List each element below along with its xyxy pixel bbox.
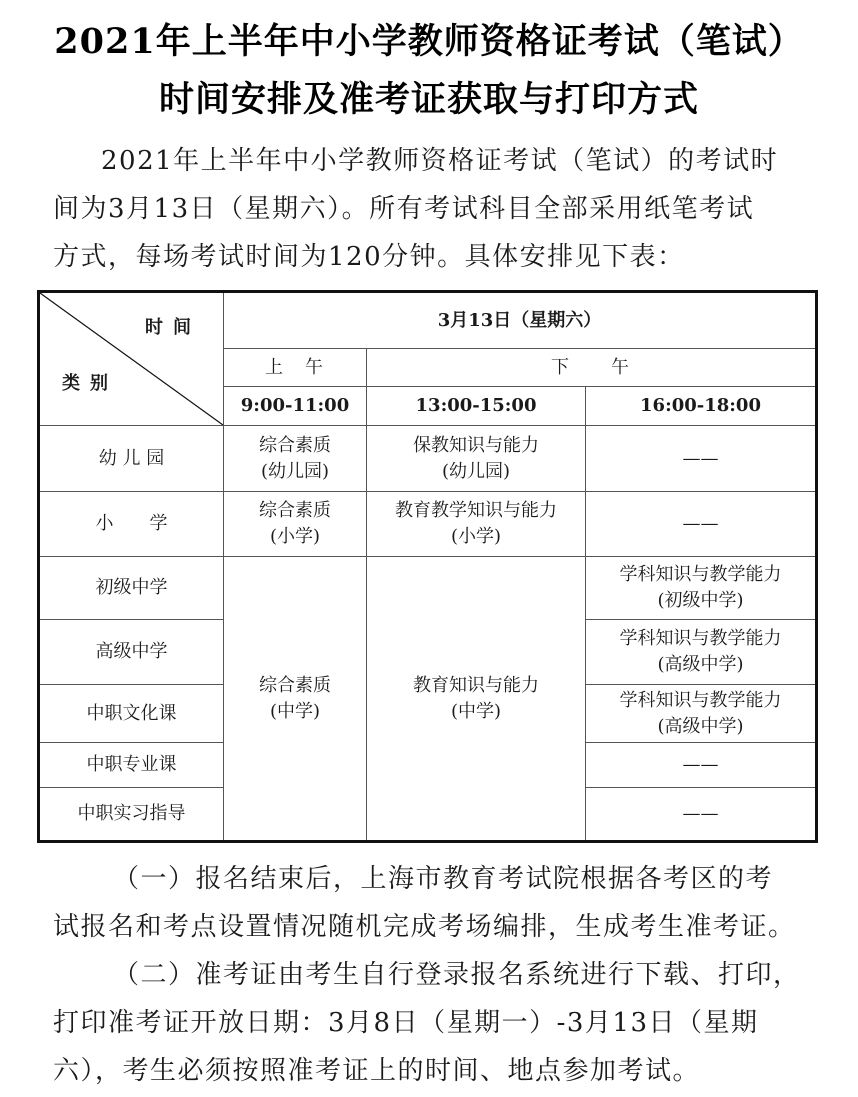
corner-header-cell: 时间 类别 [39, 292, 224, 426]
subject-cell: 教育教学知识与能力(小学) [367, 492, 586, 557]
subject-name: 学科知识与教学能力 [586, 626, 815, 652]
subject-level: (小学) [367, 524, 585, 550]
subject-cell: 学科知识与教学能力(初级中学) [586, 557, 817, 620]
subject-cell-merged: 教育知识与能力(中学) [367, 557, 586, 842]
page-title-line-2: 时间安排及准考证获取与打印方式 [0, 72, 858, 122]
afternoon-header: 下 午 [367, 349, 817, 387]
subject-name: 综合素质 [224, 433, 366, 459]
subject-cell-merged: 综合素质(中学) [224, 557, 367, 842]
category-cell: 幼 儿 园 [39, 426, 224, 492]
subject-cell: 学科知识与教学能力(高级中学) [586, 685, 817, 743]
note-1: （一）报名结束后，上海市教育考试院根据各考区的考 试报名和考点设置情况随机完成考… [53, 858, 813, 948]
note-1-line-2: 试报名和考点设置情况随机完成考场编排，生成考生准考证。 [53, 906, 813, 948]
table-row: 幼 儿 园 综合素质(幼儿园) 保教知识与能力(幼儿园) —— [39, 426, 817, 492]
category-cell: 高级中学 [39, 620, 224, 685]
slot-3-header: 16:00-18:00 [586, 387, 817, 426]
intro-line-2: 间为3月13日（星期六）。所有考试科目全部采用纸笔考试 [53, 188, 813, 230]
note-2: （二）准考证由考生自行登录报名系统进行下载、打印， 打印准考证开放日期：3月8日… [53, 954, 813, 1092]
intro-line-1: 2021年上半年中小学教师资格证考试（笔试）的考试时 [53, 140, 813, 182]
subject-cell: —— [586, 788, 817, 842]
table-row: 小 学 综合素质(小学) 教育教学知识与能力(小学) —— [39, 492, 817, 557]
corner-category-label: 类别 [62, 371, 118, 397]
subject-name: 学科知识与教学能力 [586, 688, 815, 714]
subject-cell: 保教知识与能力(幼儿园) [367, 426, 586, 492]
note-1-line-1: （一）报名结束后，上海市教育考试院根据各考区的考 [53, 858, 813, 900]
slot-1-header: 9:00-11:00 [224, 387, 367, 426]
subject-level: (小学) [224, 524, 366, 550]
note-2-line-1: （二）准考证由考生自行登录报名系统进行下载、打印， [53, 954, 813, 996]
exam-schedule-table: 时间 类别 3月13日（星期六） 上 午 下 午 9:00-11:00 13:0… [37, 290, 818, 843]
header-row-date: 时间 类别 3月13日（星期六） [39, 292, 817, 349]
note-2-line-3: 六），考生必须按照准考证上的时间、地点参加考试。 [53, 1050, 813, 1092]
category-cell: 小 学 [39, 492, 224, 557]
category-cell: 中职实习指导 [39, 788, 224, 842]
subject-cell: 综合素质(幼儿园) [224, 426, 367, 492]
subject-level: (幼儿园) [224, 459, 366, 485]
category-cell: 中职专业课 [39, 743, 224, 788]
subject-cell: —— [586, 426, 817, 492]
subject-cell: —— [586, 492, 817, 557]
subject-level: (初级中学) [586, 588, 815, 614]
subject-level: (中学) [367, 699, 585, 725]
subject-name: 教育知识与能力 [367, 673, 585, 699]
subject-level: (高级中学) [586, 652, 815, 678]
intro-paragraph: 2021年上半年中小学教师资格证考试（笔试）的考试时 间为3月13日（星期六）。… [53, 140, 813, 278]
subject-name: 综合素质 [224, 498, 366, 524]
subject-name: 学科知识与教学能力 [586, 562, 815, 588]
intro-line-3: 方式，每场考试时间为120分钟。具体安排见下表： [53, 236, 813, 278]
page-title-line-1: 2021年上半年中小学教师资格证考试（笔试） [0, 14, 858, 64]
corner-time-label: 时间 [145, 315, 201, 341]
subject-cell: 综合素质(小学) [224, 492, 367, 557]
subject-cell: 学科知识与教学能力(高级中学) [586, 620, 817, 685]
subject-cell: —— [586, 743, 817, 788]
subject-name: 教育教学知识与能力 [367, 498, 585, 524]
diagonal-divider [40, 293, 223, 425]
subject-name: 综合素质 [224, 673, 366, 699]
subject-level: (中学) [224, 699, 366, 725]
date-header: 3月13日（星期六） [224, 292, 817, 349]
morning-header: 上 午 [224, 349, 367, 387]
slot-2-header: 13:00-15:00 [367, 387, 586, 426]
note-2-line-2: 打印准考证开放日期：3月8日（星期一）-3月13日（星期 [53, 1002, 813, 1044]
table-row: 初级中学 综合素质(中学) 教育知识与能力(中学) 学科知识与教学能力(初级中学… [39, 557, 817, 620]
subject-level: (幼儿园) [367, 459, 585, 485]
subject-level: (高级中学) [586, 714, 815, 740]
subject-name: 保教知识与能力 [367, 433, 585, 459]
category-cell: 初级中学 [39, 557, 224, 620]
category-cell: 中职文化课 [39, 685, 224, 743]
